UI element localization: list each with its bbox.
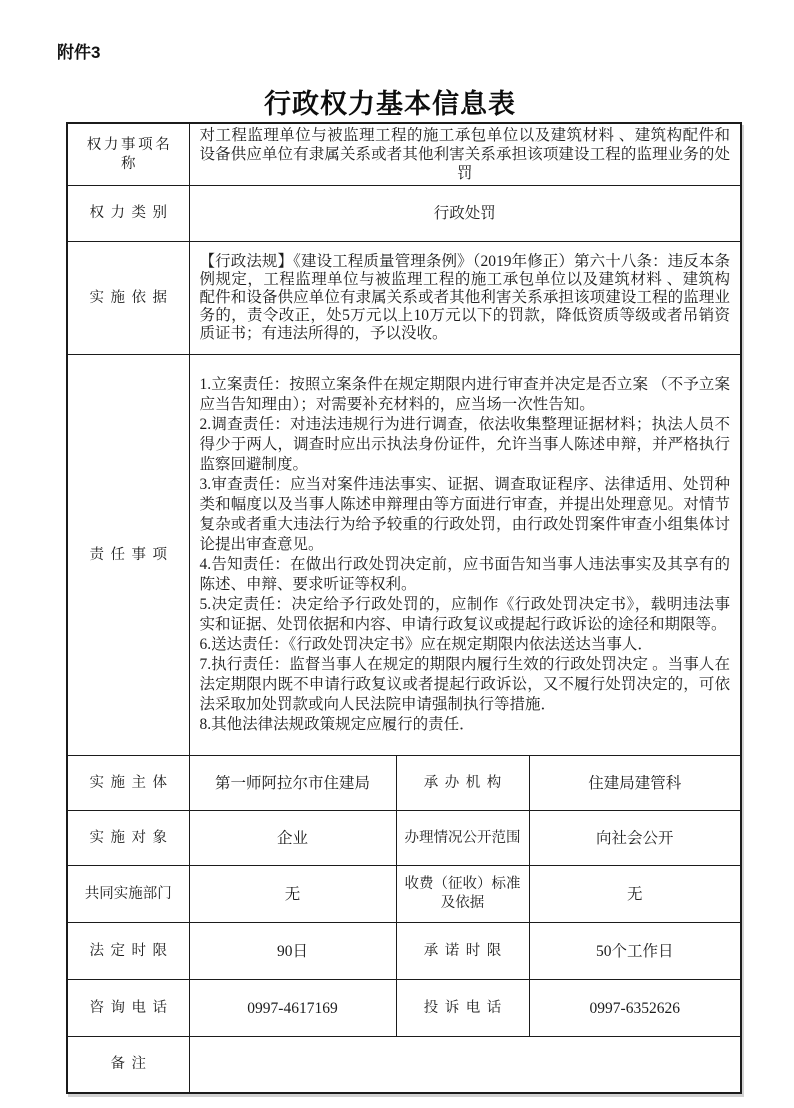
row-value-implementation-target: 企业 — [189, 811, 396, 866]
page-title: 行政权力基本信息表 — [0, 82, 780, 121]
table-row-phones: 咨询电话 0997-4617169 投诉电话 0997-6352626 — [67, 980, 741, 1037]
row-value-remarks — [189, 1037, 741, 1094]
row-value-power-item-name: 对工程监理单位与被监理工程的施工承包单位以及建筑材料 、建筑构配件和设备供应单位… — [189, 123, 741, 186]
row-value-responsibility-items: 1.立案责任：按照立案条件在规定期限内进行审查并决定是否立案 （不予立案应当告知… — [189, 355, 741, 756]
responsibility-item-7: 7.执行责任：监督当事人在规定的期限内履行生效的行政处罚决定 。当事人在法定期限… — [200, 655, 731, 715]
row-label-complaint-phone: 投诉电话 — [396, 980, 529, 1037]
row-label-implementing-body: 实施主体 — [67, 756, 189, 811]
row-label-consultation-phone: 咨询电话 — [67, 980, 189, 1037]
row-value-fee-standard: 无 — [529, 866, 741, 923]
row-label-implementation-basis: 实施依据 — [67, 242, 189, 355]
row-value-statutory-time-limit: 90日 — [189, 923, 396, 980]
table-row-implementation-target: 实施对象 企业 办理情况公开范围 向社会公开 — [67, 811, 741, 866]
table-row-power-category: 权力类别 行政处罚 — [67, 186, 741, 242]
table-row-statutory-time-limit: 法定时限 90日 承诺时限 50个工作日 — [67, 923, 741, 980]
row-value-implementation-basis: 【行政法规】《建设工程质量管理条例》（2019年修正）第六十八条：违反本条例规定… — [189, 242, 741, 355]
row-value-promised-time-limit: 50个工作日 — [529, 923, 741, 980]
row-value-consultation-phone: 0997-4617169 — [189, 980, 396, 1037]
row-label-fee-standard: 收费（征收）标准及依据 — [396, 866, 529, 923]
table-row-power-item-name: 权力事项名称 对工程监理单位与被监理工程的施工承包单位以及建筑材料 、建筑构配件… — [67, 123, 741, 186]
table-row-responsibility-items: 责任事项 1.立案责任：按照立案条件在规定期限内进行审查并决定是否立案 （不予立… — [67, 355, 741, 756]
responsibility-item-4: 4.告知责任：在做出行政处罚决定前，应书面告知当事人违法事实及其享有的陈述、申辩… — [200, 555, 731, 595]
attachment-label: 附件3 — [57, 38, 100, 63]
row-label-promised-time-limit: 承诺时限 — [396, 923, 529, 980]
responsibility-item-3: 3.审查责任：应当对案件违法事实、证据、调查取证程序、法律适用、处罚种类和幅度以… — [200, 475, 731, 555]
row-label-statutory-time-limit: 法定时限 — [67, 923, 189, 980]
row-value-power-category: 行政处罚 — [189, 186, 741, 242]
row-label-power-category: 权力类别 — [67, 186, 189, 242]
table-row-implementing-body: 实施主体 第一师阿拉尔市住建局 承办机构 住建局建管科 — [67, 756, 741, 811]
row-label-remarks: 备注 — [67, 1037, 189, 1094]
row-label-power-item-name: 权力事项名称 — [67, 123, 189, 186]
row-label-joint-departments: 共同实施部门 — [67, 866, 189, 923]
row-label-responsibility-items: 责任事项 — [67, 355, 189, 756]
table-row-remarks: 备注 — [67, 1037, 741, 1094]
responsibility-item-1: 1.立案责任：按照立案条件在规定期限内进行审查并决定是否立案 （不予立案应当告知… — [200, 375, 731, 415]
row-value-handling-agency: 住建局建管科 — [529, 756, 741, 811]
document-page: 附件3 行政权力基本信息表 权力事项名称 对工程监理单位与被监理工程的施工承包单… — [0, 0, 794, 1108]
row-value-disclosure-scope: 向社会公开 — [529, 811, 741, 866]
row-value-implementing-body: 第一师阿拉尔市住建局 — [189, 756, 396, 811]
responsibility-item-5: 5.决定责任：决定给予行政处罚的，应制作《行政处罚决定书》，载明违法事实和证据、… — [200, 595, 731, 635]
row-label-implementation-target: 实施对象 — [67, 811, 189, 866]
table-row-implementation-basis: 实施依据 【行政法规】《建设工程质量管理条例》（2019年修正）第六十八条：违反… — [67, 242, 741, 355]
responsibility-item-2: 2.调查责任：对违法违规行为进行调查，依法收集整理证据材料；执法人员不得少于两人… — [200, 415, 731, 475]
row-value-complaint-phone: 0997-6352626 — [529, 980, 741, 1037]
row-label-handling-agency: 承办机构 — [396, 756, 529, 811]
table-row-joint-departments: 共同实施部门 无 收费（征收）标准及依据 无 — [67, 866, 741, 923]
responsibility-item-8: 8.其他法律法规政策规定应履行的责任． — [200, 715, 731, 735]
row-value-joint-departments: 无 — [189, 866, 396, 923]
info-table: 权力事项名称 对工程监理单位与被监理工程的施工承包单位以及建筑材料 、建筑构配件… — [66, 122, 742, 1094]
responsibility-item-6: 6.送达责任：《行政处罚决定书》应在规定期限内依法送达当事人． — [200, 635, 731, 655]
row-label-disclosure-scope: 办理情况公开范围 — [396, 811, 529, 866]
